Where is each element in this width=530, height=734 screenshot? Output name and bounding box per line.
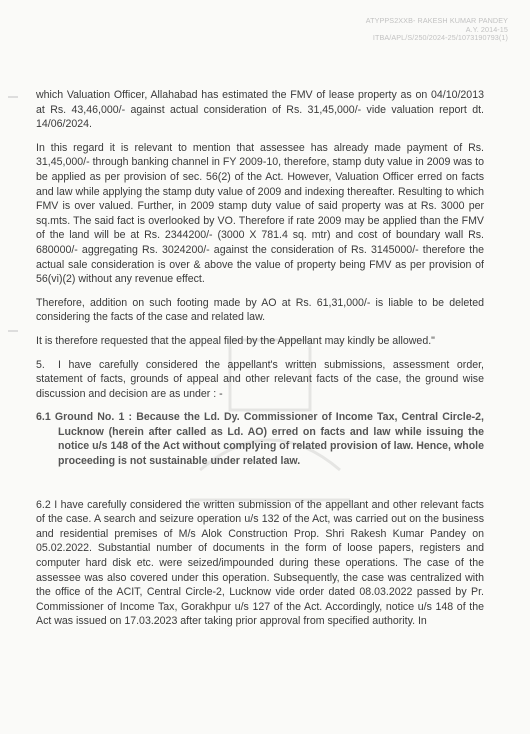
paragraph-stamp-duty: In this regard it is relevant to mention… — [36, 141, 484, 287]
document-body: which Valuation Officer, Allahabad has e… — [36, 88, 484, 638]
paragraph-number: 5. — [36, 358, 58, 373]
paragraph-6-2: 6.2 I have carefully considered the writ… — [36, 498, 484, 629]
scan-mark — [8, 96, 18, 98]
paragraph-request: It is therefore requested that the appea… — [36, 334, 484, 349]
ground-6-1: 6.1 Ground No. 1 : Because the Ld. Dy. C… — [36, 410, 484, 468]
paragraph-6-2-text: I have carefully considered the written … — [36, 499, 484, 628]
paragraph-valuation: which Valuation Officer, Allahabad has e… — [36, 88, 484, 132]
ground-label: 6.1 Ground No. 1 : — [36, 411, 132, 423]
header-reference-number: ITBA/APL/S/250/2024-25/1073190793(1) — [366, 34, 508, 43]
scan-mark — [8, 330, 18, 332]
paragraph-5: 5.I have carefully considered the appell… — [36, 358, 484, 402]
document-header: ATYPPS2XXB- RAKESH KUMAR PANDEY A.Y. 201… — [366, 17, 508, 43]
paragraph-addition: Therefore, addition on such footing made… — [36, 296, 484, 325]
paragraph-5-text: I have carefully considered the appellan… — [36, 359, 484, 400]
paragraph-number: 6.2 — [36, 499, 51, 511]
